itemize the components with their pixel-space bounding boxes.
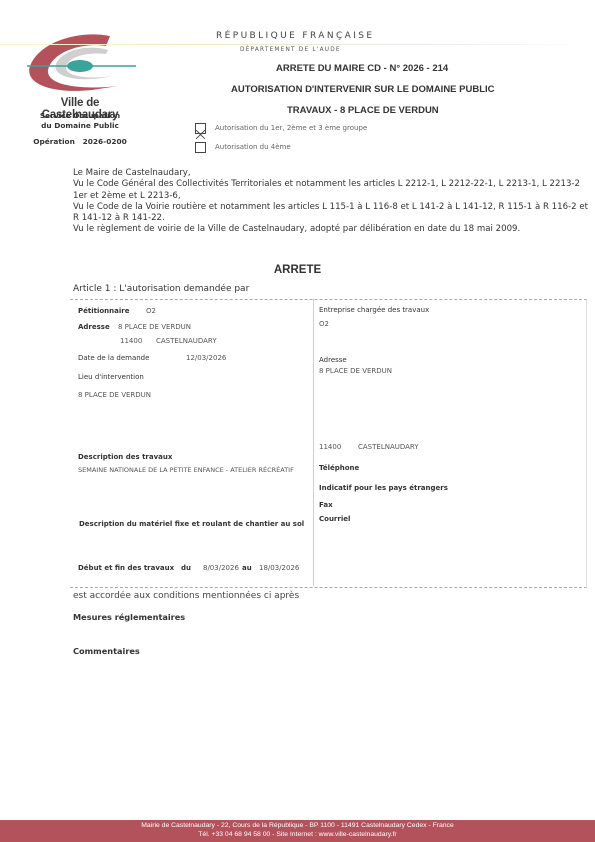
article-1: Article 1 : L'autorisation demandée par [73, 284, 249, 294]
form-divider [313, 299, 314, 586]
footer-address: Mairie de Castelnaudary - 22, Cours de l… [0, 822, 595, 831]
checkbox-label-group-1-3: Autorisation du 1er, 2ème et 3 ème group… [215, 124, 367, 132]
check-x-icon [196, 130, 205, 139]
service-line-2: du Domaine Public [22, 121, 138, 131]
company-address-label: Adresse [319, 356, 347, 364]
comments-heading: Commentaires [73, 646, 140, 656]
company-address-value: 8 PLACE DE VERDUN [319, 367, 392, 375]
footer-contact: Mairie de Castelnaudary - 22, Cours de l… [0, 822, 595, 839]
equipment-label: Description du matériel fixe et roulant … [79, 520, 304, 528]
email-label: Courriel [319, 515, 350, 523]
company-city-value: CASTELNAUDARY [358, 443, 419, 451]
decree-subject: AUTORISATION D'INTERVENIR SUR LE DOMAINE… [231, 84, 495, 95]
end-date-value: 18/03/2026 [259, 564, 299, 572]
conclusion-text: est accordée aux conditions mentionnées … [73, 591, 299, 601]
measures-heading: Mesures réglementaires [73, 612, 185, 622]
petitioner-label: Pétitionnaire [78, 307, 129, 315]
operation-value: 2026-0200 [83, 137, 127, 146]
decree-works: TRAVAUX - 8 PLACE DE VERDUN [287, 105, 439, 116]
company-value: O2 [319, 320, 329, 328]
intl-code-label: Indicatif pour les pays étrangers [319, 484, 448, 492]
header-divider [0, 44, 595, 45]
city-logo-icon [22, 32, 140, 94]
company-postcode-value: 11400 [319, 443, 341, 451]
fax-label: Fax [319, 501, 333, 509]
operation-number: Opération 2026-0200 [22, 137, 138, 146]
footer-phone-website: Tél. +33 04 68 94 58 00 - Site Internet … [0, 831, 595, 840]
dates-from-word: du [181, 564, 191, 572]
works-description-value: SEMAINE NATIONALE DE LA PETITE ENFANCE -… [78, 466, 308, 474]
dates-to-word: au [242, 564, 252, 572]
request-date-label: Date de la demande [78, 354, 149, 362]
works-description-label: Description des travaux [78, 453, 172, 461]
checkbox-group-1-3[interactable] [195, 123, 206, 134]
works-dates-label: Début et fin des travaux [78, 564, 174, 572]
address-value: 8 PLACE DE VERDUN [118, 323, 191, 331]
legal-preamble: Le Maire de Castelnaudary, Vu le Code Gé… [73, 168, 593, 236]
decree-number: ARRETE DU MAIRE CD - N° 2026 - 214 [276, 63, 448, 74]
arrete-heading: ARRETE [0, 264, 595, 276]
republic-label: RÉPUBLIQUE FRANÇAISE [216, 31, 374, 41]
preamble-line: Vu le Code Général des Collectivités Ter… [73, 179, 593, 202]
company-label: Entreprise chargée des travaux [319, 306, 429, 314]
address-label: Adresse [78, 323, 110, 331]
start-date-value: 8/03/2026 [203, 564, 239, 572]
request-date-value: 12/03/2026 [186, 354, 226, 362]
checkbox-label-group-4: Autorisation du 4ème [215, 143, 291, 151]
city-value: CASTELNAUDARY [156, 337, 217, 345]
department-label: DÉPARTEMENT DE L'AUDE [240, 47, 341, 53]
location-label: Lieu d'intervention [78, 373, 144, 381]
service-line-1: Service Occupation [22, 111, 138, 121]
postcode-value: 11400 [120, 337, 142, 345]
operation-label: Opération [33, 137, 75, 146]
preamble-line: Vu le Code de la Voirie routière et nota… [73, 202, 593, 225]
preamble-line: Le Maire de Castelnaudary, [73, 168, 593, 179]
checkbox-group-4[interactable] [195, 142, 206, 153]
phone-label: Téléphone [319, 464, 359, 472]
location-value: 8 PLACE DE VERDUN [78, 391, 151, 399]
preamble-line: Vu le règlement de voirie de la Ville de… [73, 224, 593, 235]
service-name: Service Occupation du Domaine Public [22, 111, 138, 131]
petitioner-value: O2 [146, 307, 156, 315]
